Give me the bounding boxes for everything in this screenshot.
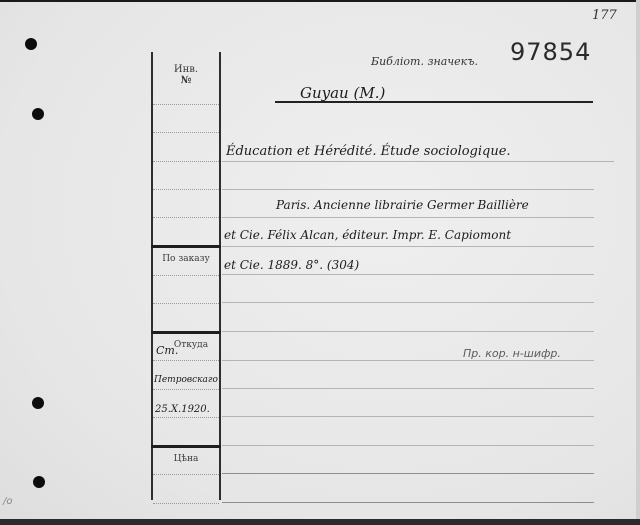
source-value: 25.X.1920. bbox=[155, 404, 210, 415]
pencil-note: Пр. кор. н-шифр. bbox=[463, 347, 561, 360]
price-label: Цѣна bbox=[153, 454, 219, 464]
divider bbox=[153, 303, 219, 304]
section-divider bbox=[151, 245, 221, 248]
divider bbox=[153, 389, 219, 390]
imprint-line: Paris. Ancienne librairie Germer Bailliè… bbox=[276, 198, 529, 212]
imprint-line: et Cie. Félix Alcan, éditeur. Impr. E. C… bbox=[224, 228, 511, 242]
ruled-line bbox=[222, 388, 594, 389]
divider bbox=[153, 503, 219, 504]
ruled-line bbox=[222, 189, 594, 190]
ruled-line bbox=[222, 217, 594, 218]
section-divider bbox=[151, 331, 221, 334]
ruled-line bbox=[222, 473, 594, 474]
punch-hole bbox=[32, 108, 44, 120]
divider bbox=[153, 161, 219, 162]
margin-mark: /o bbox=[3, 496, 13, 507]
imprint-line: et Cie. 1889. 8°. (304) bbox=[224, 258, 359, 272]
divider bbox=[153, 217, 219, 218]
divider bbox=[153, 189, 219, 190]
divider bbox=[153, 417, 219, 418]
section-divider bbox=[151, 445, 221, 448]
catalog-card: /o 177 Инв. № По заказу Откуда Ст. Петро… bbox=[0, 2, 636, 520]
divider bbox=[153, 474, 219, 475]
inv-label: Инв. bbox=[153, 64, 219, 75]
library-mark-label: Библіот. значекъ. bbox=[371, 55, 478, 68]
divider bbox=[153, 275, 219, 276]
source-value: Ст. bbox=[156, 344, 178, 357]
ruled-line bbox=[222, 360, 594, 361]
title-text: Éducation et Hérédité. Étude sociologiqu… bbox=[226, 144, 511, 159]
ruled-line bbox=[222, 274, 594, 275]
author-underline bbox=[275, 101, 593, 103]
punch-hole bbox=[32, 397, 44, 409]
ruled-line bbox=[222, 416, 594, 417]
ruled-line bbox=[222, 331, 594, 332]
order-label: По заказу bbox=[153, 254, 219, 264]
divider bbox=[153, 132, 219, 133]
card-edge bbox=[636, 0, 640, 525]
ruled-line bbox=[222, 445, 594, 446]
left-column-border bbox=[219, 52, 221, 500]
ruled-line bbox=[222, 302, 594, 303]
divider bbox=[153, 104, 219, 105]
library-mark-value: 97854 bbox=[510, 38, 591, 66]
author-name: Guyau (M.) bbox=[300, 84, 385, 102]
inv-number-sign: № bbox=[153, 75, 219, 86]
ruled-line bbox=[222, 161, 614, 162]
punch-hole bbox=[25, 38, 37, 50]
scan-border bbox=[0, 519, 640, 525]
left-column-border bbox=[151, 52, 153, 500]
ruled-line bbox=[222, 502, 594, 503]
punch-hole bbox=[33, 476, 45, 488]
source-value: Петровскаго bbox=[154, 375, 218, 385]
corner-number: 177 bbox=[592, 8, 617, 23]
ruled-line bbox=[222, 246, 594, 247]
divider bbox=[153, 360, 219, 361]
